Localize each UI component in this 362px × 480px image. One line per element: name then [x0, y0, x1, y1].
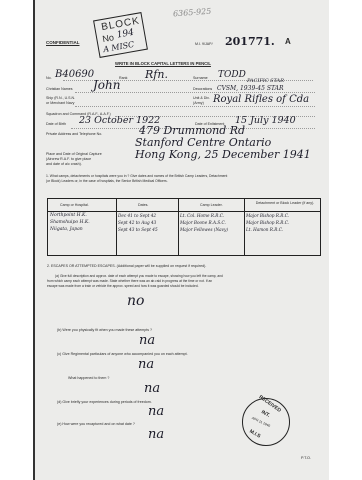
- capture-label-3: and date of a/c crash).: [46, 162, 82, 166]
- block-stamp-number: 194: [116, 28, 135, 41]
- row-2-block-leader: Major Bishop R.R.C.: [246, 220, 289, 225]
- answer-2c: na: [138, 357, 154, 372]
- question-1-line2: (or Block) Leaders or, in the case of ho…: [46, 179, 168, 183]
- column-divider: [178, 199, 179, 255]
- row-1-camp-leader: Lt. Col. Home R.R.C.: [180, 213, 224, 218]
- question-2c: (c) Give Regimental particulars of anyon…: [57, 352, 188, 356]
- block-stamp: BLOCK No 194 A MISC: [93, 12, 148, 58]
- decorations-line1: PACIFIC STAR: [247, 78, 284, 84]
- mi-ref-suffix: A: [285, 37, 291, 46]
- row-2-dates: Sept 42 to Aug 43: [118, 220, 156, 225]
- pto-label: P.T.O.: [301, 456, 311, 460]
- column-divider: [116, 199, 117, 255]
- row-2-camp: Shamshuipo H.K.: [50, 220, 90, 225]
- question-2a-line1: (a) Give full description and approx. da…: [55, 274, 223, 278]
- no-value: B40690: [55, 69, 94, 80]
- row-3-camp-leader: Major Fellowes (Navy): [180, 227, 228, 232]
- pencil-reference: 6365-925: [173, 7, 212, 19]
- row-divider: [75, 106, 315, 107]
- header-camp-leader: Camp Leader.: [200, 203, 223, 207]
- mi-ref-value: 201771.: [225, 35, 275, 48]
- row-3-dates: Sept 43 to Sept 45: [118, 227, 158, 232]
- question-2e: (e) How were you recaptured and on what …: [57, 422, 135, 426]
- ship-label-1: Ship (R.N., U.S.N.: [46, 96, 75, 100]
- answer-2d: na: [148, 404, 164, 419]
- received-stamp-int: INT.: [260, 409, 271, 419]
- mi-ref-label: M.I. 9/JAP/: [195, 42, 213, 46]
- column-divider: [244, 199, 245, 255]
- dob-label: Date of Birth: [46, 122, 66, 126]
- no-label: No.: [46, 76, 52, 80]
- christian-names-value: John: [93, 78, 121, 92]
- row-divider: [75, 92, 315, 93]
- unit-label-2: (Army): [193, 101, 204, 105]
- row-1-block-leader: Major Bishop R.R.C.: [246, 213, 289, 218]
- row-1-camp: Northpoint H.K.: [50, 213, 87, 218]
- address-label: Private Address and Telephone No.: [46, 132, 102, 136]
- row-2-camp-leader: Major Boone R.A.S.C.: [180, 220, 226, 225]
- camps-table: Camp or Hospital. Dates. Camp Leader. De…: [47, 198, 321, 256]
- unit-label-1: Unit & Div.: [193, 96, 210, 100]
- received-stamp-bottom: M.I.S: [248, 428, 261, 439]
- answer-2a: no: [127, 293, 144, 309]
- christian-names-label: Christian Names: [46, 87, 73, 91]
- answer-2c-followup: na: [144, 381, 160, 396]
- capture-value: Hong Kong, 25 December 1941: [135, 148, 311, 161]
- question-2c-followup: What happened to them ?: [68, 376, 109, 380]
- header-camp: Camp or Hospital.: [60, 203, 89, 207]
- question-2d: (d) Give briefly your experiences during…: [57, 400, 152, 404]
- answer-2b: na: [139, 333, 155, 348]
- capture-label-1: Place and Date of Original Capture: [46, 152, 102, 156]
- header-block-leader: Detachment or Block Leader (if any).: [252, 201, 318, 205]
- answer-2e: na: [148, 427, 164, 442]
- row-1-dates: Dec 41 to Sept 42: [118, 213, 156, 218]
- received-stamp: RECEIVED INT. APR 11 1946 M.I.S: [242, 398, 290, 446]
- decorations-label: Decorations: [193, 87, 212, 91]
- ship-label-2: or Merchant Navy: [46, 101, 74, 105]
- header-dates: Dates.: [138, 203, 148, 207]
- row-3-block-leader: Lt. Hamon R.R.C.: [246, 227, 283, 232]
- decorations-line2: CVSM, 1939-45 STAR: [217, 85, 283, 92]
- capture-label-2: (Aircrew R.A.F. to give place: [46, 157, 91, 161]
- row-3-camp: Niigata, Japan: [50, 227, 83, 232]
- surname-value: TODD: [218, 70, 246, 80]
- instruction-heading: WRITE IN BLOCK CAPITAL LETTERS IN PENCIL: [115, 61, 211, 66]
- classification-label: CONFIDENTIAL: [46, 40, 80, 45]
- question-2a-line3: escape was made from a train or vehicle …: [47, 284, 199, 288]
- question-2b: (b) Were you physically fit when you mad…: [57, 328, 152, 332]
- unit-value: Royal Rifles of Cda: [213, 94, 309, 105]
- question-2a-line2: from which camp each attempt was made. S…: [47, 279, 212, 283]
- question-1-line1: 1. What camps, detachments or hospitals …: [46, 174, 326, 178]
- question-2-heading: 2. ESCAPES OR ATTEMPTED ESCAPES. (Additi…: [47, 264, 206, 268]
